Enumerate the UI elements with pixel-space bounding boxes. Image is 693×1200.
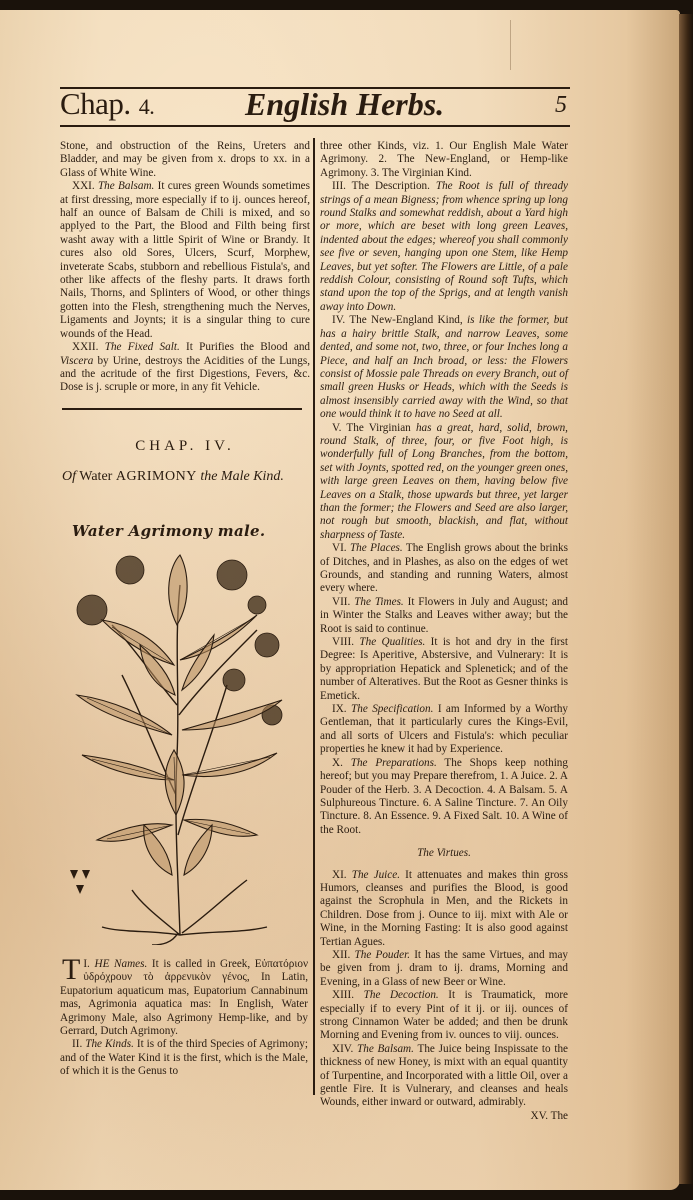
paragraph-xxii: XXII. The Fixed Salt. It Purifies the Bl… [60,341,310,395]
paragraph-ii: II. The Kinds. It is of the third Specie… [60,1038,308,1078]
paragraph-iv: IV. The New-England Kind, is like the fo… [320,314,568,421]
running-title: English Herbs. [245,86,444,122]
paragraph-xxi: XXI. The Balsam. It cures green Wounds s… [60,180,310,341]
paragraph: Stone, and obstruction of the Reins, Ure… [60,140,310,180]
chapter-heading: CHAP. IV. [60,438,310,455]
paragraph-xiii: XIII. The Decoction. It is Traumatick, m… [320,989,568,1043]
left-column-top: Stone, and obstruction of the Reins, Ure… [60,140,310,395]
left-column-bottom: I. T HE Names. It is called in Greek, Εὐ… [60,958,308,1079]
catchword: XV. The [320,1110,568,1123]
water-agrimony-woodcut-illustration [62,535,302,945]
paragraph-v: V. The Virginian has a great, hard, soli… [320,422,568,543]
paragraph-vi: VI. The Places. The English grows about … [320,542,568,596]
paragraph-ix: IX. The Specification. I am Informed by … [320,703,568,757]
header-bottom-rule [60,125,570,127]
right-column: three other Kinds, viz. 1. Our English M… [320,140,568,1123]
paragraph-xi: XI. The Juice. It attenuates and makes t… [320,869,568,949]
paragraph-i: I. T HE Names. It is called in Greek, Εὐ… [60,958,308,1038]
paragraph-xiv: XIV. The Balsam. The Juice being Inspiss… [320,1043,568,1110]
virtues-title: The Virtues. [320,847,568,860]
paragraph: three other Kinds, viz. 1. Our English M… [320,140,568,180]
paragraph-viii: VIII. The Qualities. It is hot and dry i… [320,636,568,703]
page-number: 5 [555,92,567,119]
chapter-subheading: Of Water AGRIMONY the Male Kind. [62,468,308,486]
paragraph-x: X. The Preparations. The Shops keep noth… [320,757,568,837]
page-edge [679,14,693,1184]
running-head-chapter: Chap.4. [60,86,154,125]
drop-cap: T [62,958,80,982]
section-rule [62,408,302,410]
paragraph-xii: XII. The Pouder. It has the same Virtues… [320,949,568,989]
paragraph-vii: VII. The Times. It Flowers in July and A… [320,596,568,636]
page-crease [510,20,511,70]
column-divider [313,138,315,1095]
chapter-label: Chap. [60,86,131,121]
chapter-number: 4. [139,94,155,119]
paragraph-iii: III. The Description. The Root is full o… [320,180,568,314]
book-page: Chap.4. English Herbs. 5 Stone, and obst… [0,10,680,1190]
